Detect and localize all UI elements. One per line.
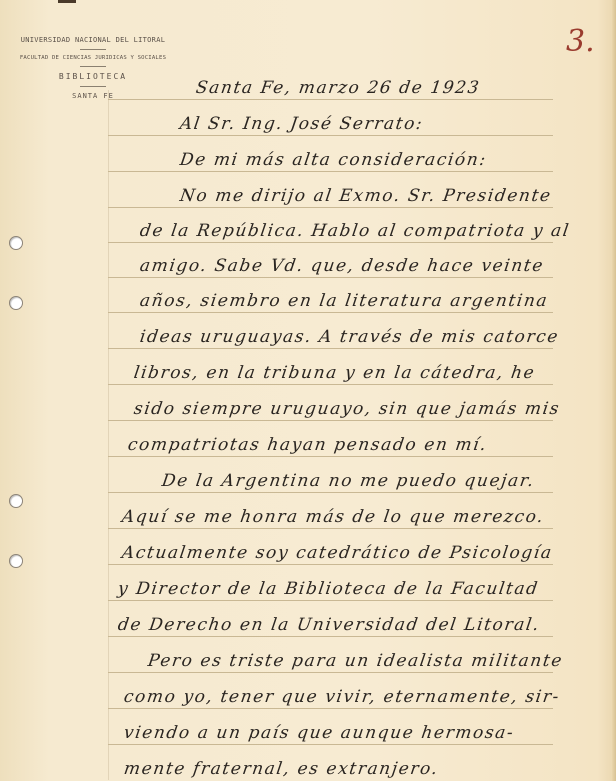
binder-hole-icon — [9, 236, 23, 250]
ruled-line — [108, 242, 553, 243]
ruled-line — [108, 456, 553, 457]
binder-hole-icon — [9, 494, 23, 508]
ruled-line — [108, 312, 553, 313]
page-number: 3. — [566, 24, 595, 59]
letter-line: No me dirijo al Exmo. Sr. Presidente — [179, 186, 553, 206]
ruled-line — [108, 384, 553, 385]
ruled-line — [108, 708, 553, 709]
letter-line: y Director de la Biblioteca de la Facult… — [117, 579, 540, 599]
letter-line: De la Argentina no me puedo quejar. — [161, 471, 536, 491]
letter-line: de Derecho en la Universidad del Litoral… — [117, 615, 542, 635]
letterhead-faculty: FACULTAD DE CIENCIAS JURIDICAS Y SOCIALE… — [8, 55, 178, 61]
letterhead-university: UNIVERSIDAD NACIONAL DEL LITORAL — [8, 36, 178, 44]
ruled-line — [108, 99, 553, 100]
letter-line: mente fraternal, es extranjero. — [123, 759, 440, 779]
letter-line: viendo a un país que aunque hermosa- — [123, 723, 516, 743]
date-line: Santa Fe, marzo 26 de 1923 — [195, 78, 482, 98]
letter-line: Actualmente soy catedrático de Psicologí… — [121, 543, 554, 563]
binder-hole-icon — [9, 296, 23, 310]
letterhead-department: BIBLIOTECA — [8, 72, 178, 81]
ruled-line — [108, 171, 553, 172]
ruled-line — [108, 600, 553, 601]
letter-line: amigo. Sabe Vd. que, desde hace veinte — [139, 256, 546, 276]
top-tab-mark — [58, 0, 76, 3]
ruled-line — [108, 277, 553, 278]
letterhead-divider — [80, 86, 106, 87]
letterhead-divider — [80, 66, 106, 67]
addressee: Al Sr. Ing. José Serrato: — [179, 114, 425, 134]
ruled-line — [108, 636, 553, 637]
binder-hole-icon — [9, 554, 23, 568]
ruled-line — [108, 528, 553, 529]
ruled-line — [108, 744, 553, 745]
letter-line: como yo, tener que vivir, eternamente, s… — [123, 687, 562, 707]
margin-line — [108, 90, 109, 780]
letter-line: de la República. Hablo al compatriota y … — [139, 221, 572, 241]
ruled-line — [108, 348, 553, 349]
letter-line: ideas uruguayas. A través de mis catorce — [139, 327, 561, 347]
letter-line: libros, en la tribuna y en la cátedra, h… — [133, 363, 537, 383]
ruled-line — [108, 207, 553, 208]
ruled-line — [108, 135, 553, 136]
ruled-line — [108, 420, 553, 421]
paper-edge — [612, 0, 616, 781]
letterhead-divider — [80, 49, 106, 50]
letter-line: Pero es triste para un idealista militan… — [147, 651, 565, 671]
ruled-line — [108, 564, 553, 565]
letter-line: Aquí se me honra más de lo que merezco. — [121, 507, 546, 527]
letterhead: UNIVERSIDAD NACIONAL DEL LITORAL FACULTA… — [8, 36, 178, 100]
letter-line: años, siembro en la literatura argentina — [139, 291, 550, 311]
letter-line: compatriotas hayan pensado en mí. — [127, 435, 489, 455]
letter-page: UNIVERSIDAD NACIONAL DEL LITORAL FACULTA… — [0, 0, 616, 781]
ruled-line — [108, 492, 553, 493]
ruled-line — [108, 672, 553, 673]
letter-line: sido siempre uruguayo, sin que jamás mis — [133, 399, 562, 419]
salutation: De mi más alta consideración: — [179, 150, 489, 170]
